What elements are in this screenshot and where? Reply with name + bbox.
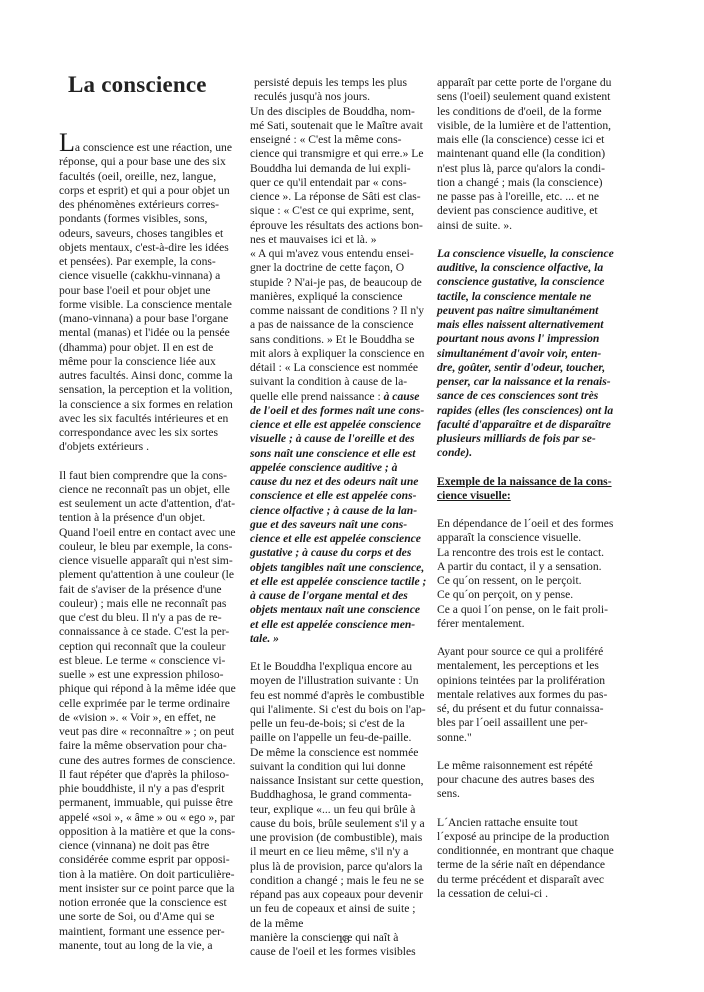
conclusion-paragraph: L´Ancien rattache ensuite tout l´exposé … xyxy=(437,816,637,902)
emphasis-paragraph: La conscience visuelle, la conscience au… xyxy=(437,247,637,461)
section-heading: Exemple de la naissance de la cons- cien… xyxy=(437,475,637,504)
proliferation-paragraph: Ayant pour source ce qui a proliféré men… xyxy=(437,645,637,745)
sati-text: Un des disciples de Bouddha, nom- mé Sat… xyxy=(250,105,424,403)
intro-paragraph: La conscience est une réaction, une répo… xyxy=(59,133,249,455)
sati-emphasis: à cause de l'oeil et des formes naît une… xyxy=(250,390,426,645)
example-paragraph: En dépendance de l´oeil et des formes ap… xyxy=(437,517,637,631)
column-2: persisté depuis les temps les plus recul… xyxy=(250,76,430,959)
column-3: apparaît par cette porte de l'organe du … xyxy=(437,76,637,901)
drop-cap: L xyxy=(59,128,75,157)
page-number: 18 xyxy=(338,934,350,946)
fire-illustration-paragraph: Et le Bouddha l'expliqua encore au moyen… xyxy=(250,660,430,959)
attention-paragraph: Il faut bien comprendre que la cons- cie… xyxy=(59,469,249,954)
sati-paragraph: Un des disciples de Bouddha, nom- mé Sat… xyxy=(250,105,430,647)
continuation-paragraph: persisté depuis les temps les plus recul… xyxy=(250,76,430,105)
page-title: La conscience xyxy=(68,72,207,98)
column-1: La conscience est une réaction, une répo… xyxy=(59,133,249,953)
document-page: La conscience La conscience est une réac… xyxy=(0,0,704,992)
intro-text: a conscience est une réaction, une répon… xyxy=(59,141,233,453)
reasoning-paragraph: Le même raisonnement est répété pour cha… xyxy=(437,759,637,802)
continuation-paragraph-2: apparaît par cette porte de l'organe du … xyxy=(437,76,637,233)
